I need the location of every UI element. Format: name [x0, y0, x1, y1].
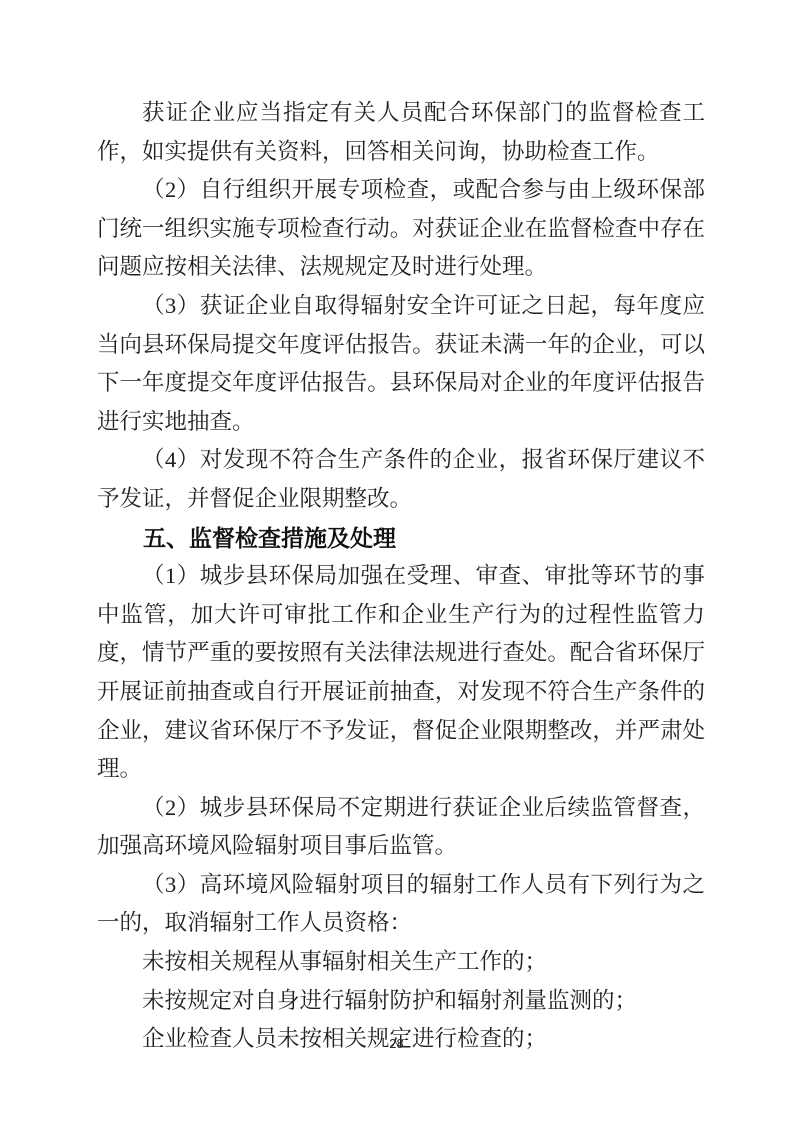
document-body: 获证企业应当指定有关人员配合环保部门的监督检查工作，如实提供有关资料，回答相关问… [97, 94, 705, 1059]
paragraph: （3）高环境风险辐射项目的辐射工作人员有下列行为之一的，取消辐射工作人员资格： [97, 866, 705, 943]
paragraph: 未按相关规程从事辐射相关生产工作的； [97, 943, 705, 982]
page-number: 28 [0, 1036, 793, 1051]
paragraph: （1）城步县环保局加强在受理、审查、审批等环节的事中监管，加大许可审批工作和企业… [97, 557, 705, 789]
paragraph: （2）自行组织开展专项检查，或配合参与由上级环保部门统一组织实施专项检查行动。对… [97, 171, 705, 287]
paragraph: （3）获证企业自取得辐射安全许可证之日起，每年度应当向县环保局提交年度评估报告。… [97, 287, 705, 441]
paragraph: （4）对发现不符合生产条件的企业，报省环保厅建议不予发证，并督促企业限期整改。 [97, 441, 705, 518]
section-heading: 五、监督检查措施及处理 [97, 519, 705, 558]
paragraph: 获证企业应当指定有关人员配合环保部门的监督检查工作，如实提供有关资料，回答相关问… [97, 94, 705, 171]
paragraph: 未按规定对自身进行辐射防护和辐射剂量监测的； [97, 982, 705, 1021]
paragraph: （2）城步县环保局不定期进行获证企业后续监管督查，加强高环境风险辐射项目事后监管… [97, 789, 705, 866]
document-page: 获证企业应当指定有关人员配合环保部门的监督检查工作，如实提供有关资料，回答相关问… [0, 0, 793, 1122]
